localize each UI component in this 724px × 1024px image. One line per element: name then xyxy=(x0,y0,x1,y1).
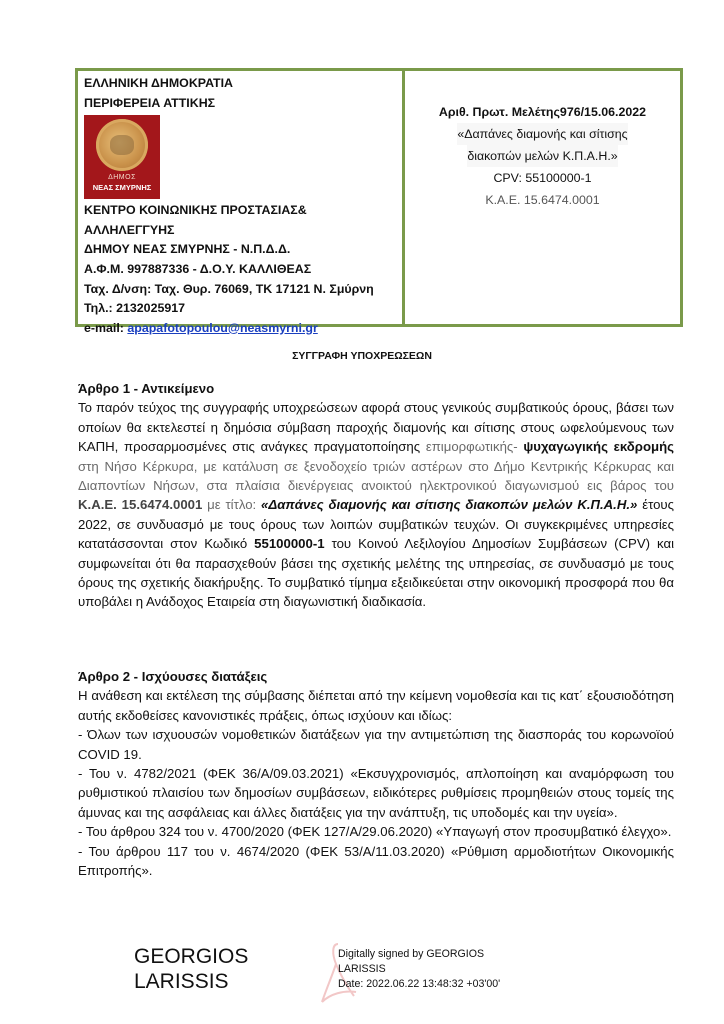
tax-info: Α.Φ.Μ. 997887336 - Δ.Ο.Υ. ΚΑΛΛΙΘΕΑΣ xyxy=(84,260,402,280)
email-label: e-mail: xyxy=(84,321,127,335)
article-1: Άρθρο 1 - Αντικείμενο Το παρόν τεύχος τη… xyxy=(78,379,674,612)
legislation-item: - Όλων των ισχυουσών νομοθετικών διατάξε… xyxy=(78,725,674,764)
email-link[interactable]: apapafotopoulou@neasmyrni.gr xyxy=(127,321,317,335)
document-page: ΕΛΛΗΝΙΚΗ ΔΗΜΟΚΡΑΤΙΑ ΠΕΡΙΦΕΡΕΙΑ ΑΤΤΙΚΗΣ Δ… xyxy=(0,0,724,1024)
email-row: e-mail: apapafotopoulou@neasmyrni.gr xyxy=(84,319,402,339)
article-2-intro: Η ανάθεση και εκτέλεση της σύμβασης διέπ… xyxy=(78,686,674,725)
section-title: ΣΥΓΓΡΑΦΗ ΥΠΟΧΡΕΩΣΕΩΝ xyxy=(0,350,724,362)
org-line-3: ΔΗΜΟΥ ΝΕΑΣ ΣΜΥΡΝΗΣ - Ν.Π.Δ.Δ. xyxy=(84,240,402,260)
legislation-item: - Του ν. 4782/2021 (ΦΕΚ 36/Α/09.03.2021)… xyxy=(78,764,674,822)
article-1-heading: Άρθρο 1 - Αντικείμενο xyxy=(78,379,674,398)
legislation-item: - Του άρθρου 117 του ν. 4674/2020 (ΦΕΚ 5… xyxy=(78,842,674,881)
study-title-line-2: διακοπών μελών Κ.Π.Α.Η.» xyxy=(467,145,617,167)
signer-name: GEORGIOS LARISSIS xyxy=(134,944,248,994)
study-title-line-1: «Δαπάνες διαμονής και σίτισης xyxy=(457,123,627,145)
signature-details: Digitally signed by GEORGIOS LARISSIS Da… xyxy=(338,947,500,992)
cpv-code: CPV: 55100000-1 xyxy=(493,167,591,189)
municipality-seal-icon xyxy=(96,119,148,171)
letterhead-right-cell: Αριθ. Πρωτ. Μελέτης976/15.06.2022 «Δαπάν… xyxy=(405,71,680,324)
signature-info-line-1: Digitally signed by GEORGIOS xyxy=(338,947,500,962)
phone-number: Τηλ.: 2132025917 xyxy=(84,299,402,319)
letterhead-left-cell: ΕΛΛΗΝΙΚΗ ΔΗΜΟΚΡΑΤΙΑ ΠΕΡΙΦΕΡΕΙΑ ΑΤΤΙΚΗΣ Δ… xyxy=(78,71,405,324)
letterhead-table: ΕΛΛΗΝΙΚΗ ΔΗΜΟΚΡΑΤΙΑ ΠΕΡΙΦΕΡΕΙΑ ΑΤΤΙΚΗΣ Δ… xyxy=(75,68,683,327)
logo-text-name: ΝΕΑΣ ΣΜΥΡΝΗΣ xyxy=(84,183,160,193)
postal-address: Ταχ. Δ/νση: Ταχ. Θυρ. 76069, ΤΚ 17121 Ν.… xyxy=(84,280,402,300)
org-line-2: ΑΛΛΗΛΕΓΓΥΗΣ xyxy=(84,221,402,241)
article-1-body: Το παρόν τεύχος της συγγραφής υποχρεώσεω… xyxy=(78,398,674,611)
protocol-number: Αριθ. Πρωτ. Μελέτης976/15.06.2022 xyxy=(439,101,646,123)
region-line: ΠΕΡΙΦΕΡΕΙΑ ΑΤΤΙΚΗΣ xyxy=(84,94,402,114)
country-line: ΕΛΛΗΝΙΚΗ ΔΗΜΟΚΡΑΤΙΑ xyxy=(84,74,402,94)
article-2-heading: Άρθρο 2 - Ισχύουσες διατάξεις xyxy=(78,667,674,686)
municipality-logo: ΔΗΜΟΣ ΝΕΑΣ ΣΜΥΡΝΗΣ xyxy=(84,115,160,199)
logo-text-dimos: ΔΗΜΟΣ xyxy=(84,173,160,182)
article-2: Άρθρο 2 - Ισχύουσες διατάξεις Η ανάθεση … xyxy=(78,667,674,880)
signature-info-line-2: LARISSIS xyxy=(338,962,500,977)
signature-date: Date: 2022.06.22 13:48:32 +03'00' xyxy=(338,977,500,992)
kae-code: Κ.Α.Ε. 15.6474.0001 xyxy=(485,189,599,211)
legislation-item: - Του άρθρου 324 του ν. 4700/2020 (ΦΕΚ 1… xyxy=(78,822,674,841)
org-line-1: ΚΕΝΤΡΟ ΚΟΙΝΩΝΙΚΗΣ ΠΡΟΣΤΑΣΙΑΣ& xyxy=(84,201,402,221)
